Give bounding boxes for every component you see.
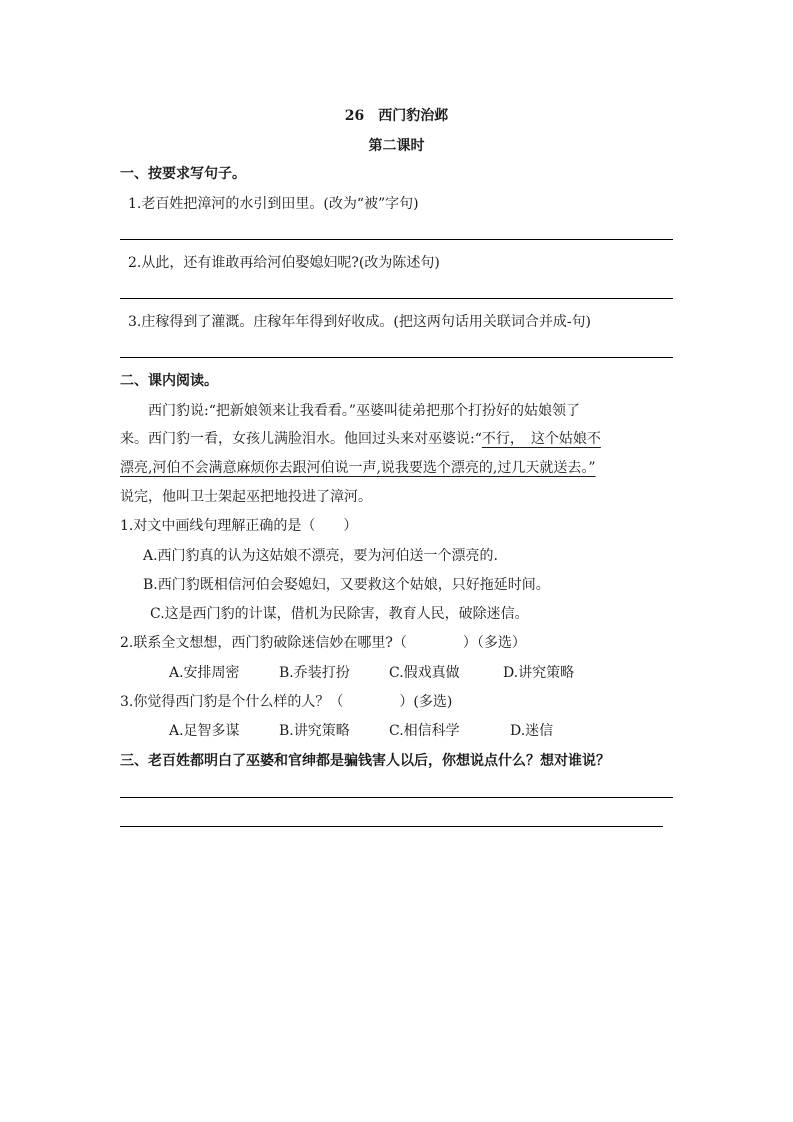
passage-line-1: 西门豹说:“把新娘领来让我看看。”巫婆叫徒弟把那个打扮好的姑娘领了 bbox=[148, 400, 580, 420]
q1-option-a[interactable]: A.西门豹真的认为这姑娘不漂亮，要为河伯送一个漂亮的. bbox=[143, 545, 498, 565]
answer-line-5[interactable] bbox=[120, 826, 663, 827]
underlined-sentence-part-2: 漂亮,河伯不会满意麻烦你去跟河伯说一声,说我要选个漂亮的,过几天就送去。” bbox=[120, 457, 596, 477]
section1-question-1: 1.老百姓把漳河的水引到田里。(改为“被”字句) bbox=[128, 193, 419, 213]
answer-line-4[interactable] bbox=[120, 797, 673, 798]
q1-option-b[interactable]: B.西门豹既相信河伯会娶媳妇，又要救这个姑娘，只好拖延时间。 bbox=[143, 574, 550, 594]
q3-option-b[interactable]: B.讲究策略 bbox=[279, 720, 350, 740]
answer-line-3[interactable] bbox=[120, 357, 673, 358]
q2-option-a[interactable]: A.安排周密 bbox=[169, 662, 240, 682]
q3-option-c[interactable]: C.相信科学 bbox=[389, 720, 460, 740]
page-subtitle: 第二课时 bbox=[0, 135, 793, 155]
answer-line-1[interactable] bbox=[120, 239, 673, 240]
section1-question-3: 3.庄稼得到了灌溉。庄稼年年得到好收成。(把这两句话用关联词合并成-句) bbox=[128, 311, 591, 331]
section3-heading: 三、老百姓都明白了巫婆和官绅都是骗钱害人以后，你想说点什么？想对谁说？ bbox=[120, 750, 610, 770]
passage-line-2: 来。西门豹一看，女孩儿满脸泪水。他回过头来对巫婆说:“不行， 这个姑娘不 bbox=[120, 428, 601, 448]
section1-heading: 一、按要求写句子。 bbox=[120, 163, 246, 183]
q2-option-b[interactable]: B.乔装打扮 bbox=[279, 662, 350, 682]
reading-question-2: 2.联系全文想想，西门豹破除迷信妙在哪里?（ ）（多选） bbox=[120, 632, 526, 652]
q2-option-d[interactable]: D.讲究策略 bbox=[503, 662, 574, 682]
section1-question-2: 2.从此，还有谁敢再给河伯娶媳妇呢?(改为陈述句) bbox=[128, 252, 440, 272]
reading-question-3: 3.你觉得西门豹是个什么样的人？（ ）(多选) bbox=[120, 691, 452, 711]
page-title: 26 西门豹治邺 bbox=[0, 105, 793, 125]
q3-option-a[interactable]: A.足智多谋 bbox=[169, 720, 240, 740]
q2-option-c[interactable]: C.假戏真做 bbox=[389, 662, 460, 682]
q1-option-c[interactable]: C.这是西门豹的计谋，借机为民除害，教育人民，破除迷信。 bbox=[150, 603, 529, 623]
passage-line-4: 说完，他叫卫士架起巫把地投进了漳河。 bbox=[120, 486, 372, 506]
reading-question-1: 1.对文中画线句理解正确的是（ ） bbox=[120, 515, 357, 535]
section2-heading: 二、课内阅读。 bbox=[120, 370, 218, 390]
answer-line-2[interactable] bbox=[120, 298, 673, 299]
underlined-sentence-part-1: 不行， 这个姑娘不 bbox=[482, 431, 601, 447]
passage-line-2-plain: 来。西门豹一看，女孩儿满脸泪水。他回过头来对巫婆说:“ bbox=[120, 431, 482, 447]
q3-option-d[interactable]: D.迷信 bbox=[510, 720, 553, 740]
